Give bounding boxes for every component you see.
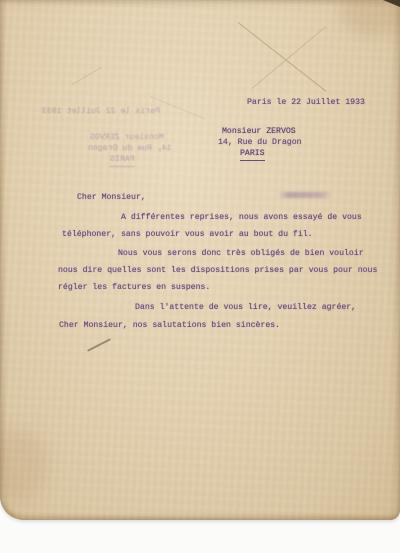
recipient-name: Monsieur ZERVOS xyxy=(222,127,296,137)
date-line: Paris le 22 Juillet 1933 xyxy=(247,98,365,108)
pencil-mark xyxy=(87,338,111,352)
recipient-city: PARIS xyxy=(240,149,265,161)
body-line: Cher Monsieur, nos salutations bien sinc… xyxy=(59,321,280,331)
ghost-recipient-name: Monsieur ZERVOS xyxy=(90,133,164,143)
body-line: Dans l'attente de vous lire, veuillez ag… xyxy=(135,303,356,313)
recipient-street: 14, Rue du Dragon xyxy=(218,138,302,148)
body-line: nous dire quelles sont les dispositions … xyxy=(58,266,377,276)
body-line: téléphoner, sans pouvoir vous avoir au b… xyxy=(62,230,313,240)
crease-line xyxy=(72,67,102,85)
corner-notch xyxy=(383,0,400,7)
ghost-recipient-city: PARIS xyxy=(110,155,135,167)
ghost-recipient-street: 14, Rue du Dragon xyxy=(88,144,172,154)
paper-texture xyxy=(0,0,400,520)
ghost-date-line: Paris le 22 Juillet 1933 xyxy=(42,107,160,117)
body-line: Nous vous serons donc très obligés de bi… xyxy=(118,249,364,259)
paper-stain xyxy=(0,430,48,500)
crease-line xyxy=(252,26,326,88)
letter-page: Paris le 22 Juillet 1933 Monsieur ZERVOS… xyxy=(0,0,400,520)
body-line: A différentes reprises, nous avons essay… xyxy=(121,213,362,223)
salutation: Cher Monsieur, xyxy=(77,193,146,203)
scan-background: Paris le 22 Juillet 1933 Monsieur ZERVOS… xyxy=(0,0,400,553)
ink-smudge xyxy=(278,192,332,198)
body-line: régler les factures en suspens. xyxy=(58,283,210,293)
crease-line xyxy=(238,22,327,92)
